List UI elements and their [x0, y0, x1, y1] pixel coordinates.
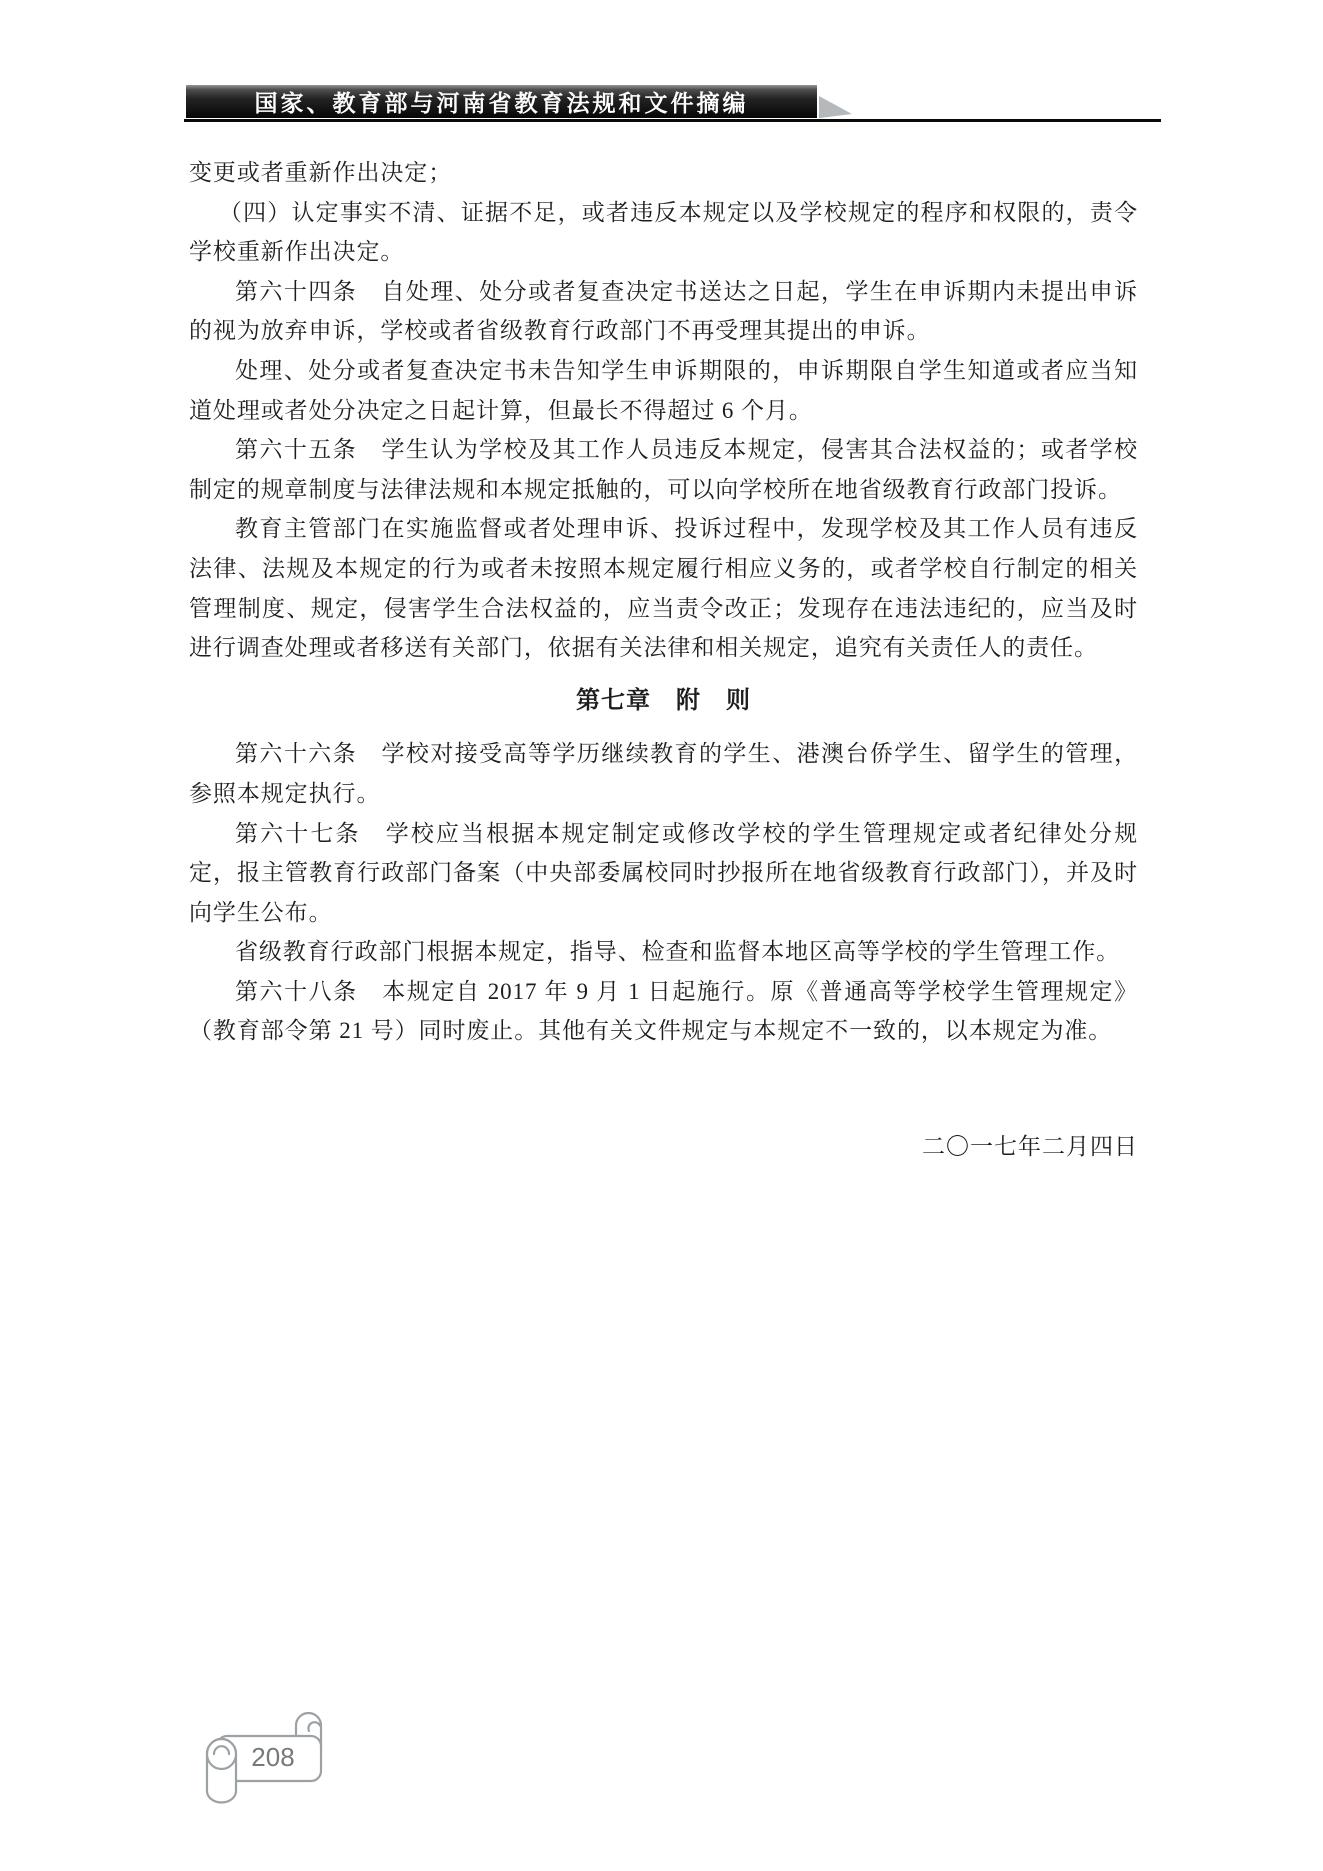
signature-date: 二〇一七年二月四日	[189, 1127, 1138, 1167]
paragraph: 处理、处分或者复查决定书未告知学生申诉期限的，申诉期限自学生知道或者应当知道处理…	[189, 351, 1138, 430]
paragraph: 教育主管部门在实施监督或者处理申诉、投诉过程中，发现学校及其工作人员有违反法律、…	[189, 509, 1138, 667]
paragraph: 第六十四条 自处理、处分或者复查决定书送达之日起，学生在申诉期内未提出申诉的视为…	[189, 272, 1138, 351]
chapter-heading: 第七章 附 则	[189, 682, 1138, 722]
paragraph: 第六十七条 学校应当根据本规定制定或修改学校的学生管理规定或者纪律处分规定，报主…	[189, 814, 1138, 933]
banner-title: 国家、教育部与河南省教育法规和文件摘编	[255, 85, 749, 118]
paragraph: 省级教育行政部门根据本规定，指导、检查和监督本地区高等学校的学生管理工作。	[189, 932, 1138, 972]
paragraph: 第六十五条 学生认为学校及其工作人员违反本规定，侵害其合法权益的；或者学校制定的…	[189, 430, 1138, 509]
paragraph: 第六十六条 学校对接受高等学历继续教育的学生、港澳台侨学生、留学生的管理，参照本…	[189, 734, 1138, 813]
paragraph: 变更或者重新作出决定；	[189, 153, 1138, 193]
document-page: 国家、教育部与河南省教育法规和文件摘编 变更或者重新作出决定； （四）认定事实不…	[0, 0, 1323, 1871]
paragraph: （四）认定事实不清、证据不足，或者违反本规定以及学校规定的程序和权限的，责令学校…	[189, 193, 1138, 272]
paragraph: 第六十八条 本规定自 2017 年 9 月 1 日起施行。原《普通高等学校学生管…	[189, 972, 1138, 1051]
header-rule	[184, 119, 1161, 122]
document-body: 变更或者重新作出决定； （四）认定事实不清、证据不足，或者违反本规定以及学校规定…	[189, 153, 1138, 1167]
header-banner: 国家、教育部与河南省教育法规和文件摘编	[186, 85, 817, 118]
banner-arrow-icon	[819, 96, 852, 120]
page-number: 208	[214, 1742, 332, 1773]
